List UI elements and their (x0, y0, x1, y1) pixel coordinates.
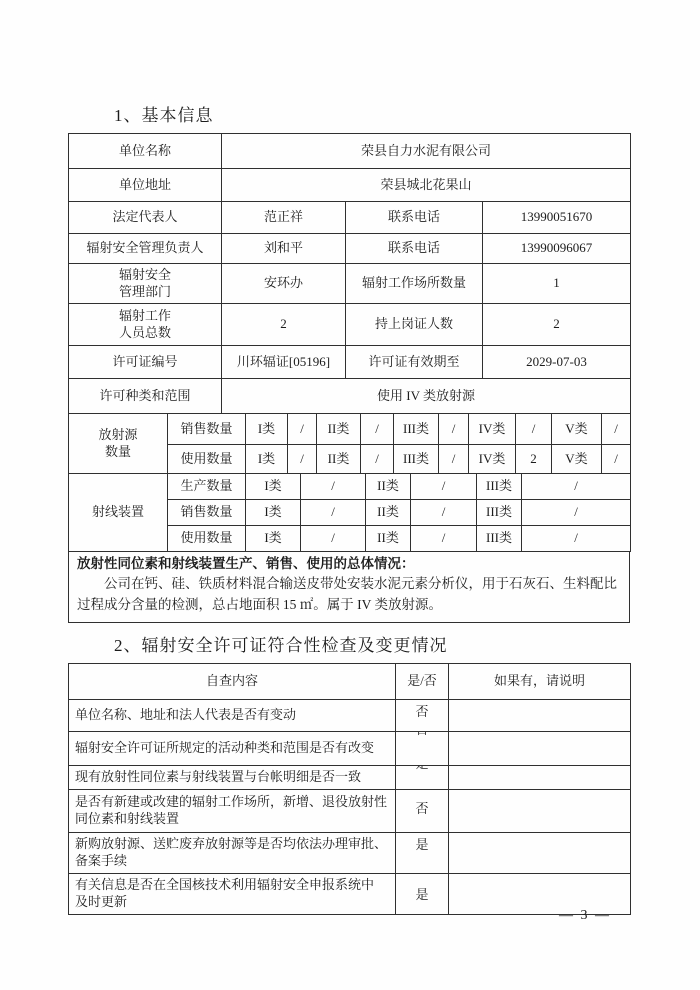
class-label: III类 (394, 414, 439, 445)
class-label: I类 (246, 526, 301, 552)
document-content: 1、基本信息 单位名称 荣县自力水泥有限公司 单位地址 荣县城北花果山 法定代表… (68, 101, 630, 915)
answer-text: 是 (415, 837, 428, 853)
class-value: / (439, 445, 469, 474)
unit-address-label: 单位地址 (69, 169, 222, 202)
safety-dept-label: 辐射安全 管理部门 (69, 264, 222, 304)
check-note (449, 765, 631, 789)
legal-rep-phone-label: 联系电话 (346, 202, 483, 234)
table-row: 是否有新建或改建的辐射工作场所，新增、退役放射性 同位素和射线装置 否 (69, 789, 631, 832)
table-row: 放射源 数量 销售数量 I类 / II类 / III类 / IV类 / V类 / (69, 414, 631, 445)
ray-device-label: 射线装置 (69, 474, 168, 552)
class-value: / (301, 474, 366, 500)
class-value: / (602, 414, 631, 445)
license-scope-value: 使用 IV 类放射源 (222, 379, 631, 414)
note-header: 如果有，请说明 (449, 663, 631, 699)
class-label: I类 (246, 474, 301, 500)
class-label: V类 (552, 445, 602, 474)
check-answer: 是 (396, 765, 449, 789)
section2-heading: 2、辐射安全许可证符合性检查及变更情况 (114, 631, 630, 656)
class-value: / (301, 500, 366, 526)
table-row: 辐射安全 管理部门 安环办 辐射工作场所数量 1 (69, 264, 631, 304)
class-label: II类 (366, 526, 411, 552)
check-note (449, 832, 631, 873)
license-expiry-value: 2029-07-03 (483, 346, 631, 379)
workplace-count-value: 1 (483, 264, 631, 304)
safety-manager-phone-value: 13990096067 (483, 234, 631, 264)
page-number: — 3 — (540, 908, 630, 924)
source-quantity-label: 放射源 数量 (69, 414, 168, 474)
class-label: III类 (477, 474, 522, 500)
check-note (449, 699, 631, 731)
check-content-header: 自查内容 (69, 663, 396, 699)
answer-text: 是 (415, 887, 428, 903)
license-no-label: 许可证编号 (69, 346, 222, 379)
answer-text: 否 (415, 704, 428, 720)
section1-heading: 1、基本信息 (114, 101, 630, 126)
unit-name-label: 单位名称 (69, 134, 222, 169)
class-label: III类 (477, 500, 522, 526)
check-question: 单位名称、地址和法人代表是否有变动 (69, 699, 396, 731)
class-value: / (288, 414, 317, 445)
class-value: / (411, 526, 477, 552)
class-value: / (361, 445, 394, 474)
class-value: / (288, 445, 317, 474)
table-row: 辐射工作 人员总数 2 持上岗证人数 2 (69, 304, 631, 346)
certified-count-label: 持上岗证人数 (346, 304, 483, 346)
legal-rep-label: 法定代表人 (69, 202, 222, 234)
safety-manager-phone-label: 联系电话 (346, 234, 483, 264)
class-label: IV类 (469, 414, 516, 445)
overall-situation-body: 公司在钙、硅、铁质材料混合输送皮带处安装水泥元素分析仪，用于石灰石、生料配比过程… (77, 574, 621, 616)
worker-total-label: 辐射工作 人员总数 (69, 304, 222, 346)
check-answer: 否 (396, 699, 449, 731)
check-answer: 否 (396, 789, 449, 832)
class-value: / (522, 474, 631, 500)
class-value: / (522, 500, 631, 526)
class-label: V类 (552, 414, 602, 445)
class-value: 2 (516, 445, 552, 474)
overall-situation-box: 放射性同位素和射线装置生产、销售、使用的总体情况： 公司在钙、硅、铁质材料混合输… (68, 551, 630, 623)
yes-no-header: 是/否 (396, 663, 449, 699)
legal-rep-phone-value: 13990051670 (483, 202, 631, 234)
class-value: / (411, 474, 477, 500)
certified-count-value: 2 (483, 304, 631, 346)
class-label: II类 (366, 474, 411, 500)
answer-text: 否 (415, 801, 428, 817)
answer-text: 是 (415, 765, 428, 772)
table-row: 新购放射源、送贮废弃放射源等是否均依法办理审批、 备案手续 是 (69, 832, 631, 873)
table-row: 法定代表人 范正祥 联系电话 13990051670 (69, 202, 631, 234)
table-row: 现有放射性同位素与射线装置与台帐明细是否一致 是 (69, 765, 631, 789)
answer-text: 否 (415, 731, 428, 738)
check-question: 新购放射源、送贮废弃放射源等是否均依法办理审批、 备案手续 (69, 832, 396, 873)
class-label: III类 (394, 445, 439, 474)
class-value: / (361, 414, 394, 445)
row-label: 销售数量 (168, 414, 246, 445)
row-label: 生产数量 (168, 474, 246, 500)
check-question: 辐射安全许可证所规定的活动种类和范围是否有改变 (69, 731, 396, 765)
check-answer: 是 (396, 832, 449, 873)
class-label: IV类 (469, 445, 516, 474)
table-row: 单位名称、地址和法人代表是否有变动 否 (69, 699, 631, 731)
worker-total-value: 2 (222, 304, 346, 346)
unit-address-value: 荣县城北花果山 (222, 169, 631, 202)
table-row: 射线装置 生产数量 I类 / II类 / III类 / (69, 474, 631, 500)
check-note (449, 789, 631, 832)
row-label: 使用数量 (168, 526, 246, 552)
class-label: I类 (246, 445, 288, 474)
check-question: 是否有新建或改建的辐射工作场所，新增、退役放射性 同位素和射线装置 (69, 789, 396, 832)
unit-name-value: 荣县自力水泥有限公司 (222, 134, 631, 169)
table-row: 许可种类和范围 使用 IV 类放射源 (69, 379, 631, 414)
safety-manager-label: 辐射安全管理负责人 (69, 234, 222, 264)
basic-info-table: 单位名称 荣县自力水泥有限公司 单位地址 荣县城北花果山 法定代表人 范正祥 联… (68, 133, 631, 414)
source-quantity-table: 放射源 数量 销售数量 I类 / II类 / III类 / IV类 / V类 /… (68, 413, 631, 474)
table-row: 许可证编号 川环辐证[05196] 许可证有效期至 2029-07-03 (69, 346, 631, 379)
class-label: I类 (246, 414, 288, 445)
class-value: / (522, 526, 631, 552)
class-label: II类 (317, 414, 361, 445)
class-label: III类 (477, 526, 522, 552)
table-header-row: 自查内容 是/否 如果有，请说明 (69, 663, 631, 699)
table-row: 辐射安全管理负责人 刘和平 联系电话 13990096067 (69, 234, 631, 264)
table-row: 辐射安全许可证所规定的活动种类和范围是否有改变 否 (69, 731, 631, 765)
check-question: 有关信息是否在全国核技术利用辐射安全申报系统中 及时更新 (69, 873, 396, 914)
self-check-table: 自查内容 是/否 如果有，请说明 单位名称、地址和法人代表是否有变动 否 辐射安… (68, 663, 631, 915)
class-label: II类 (366, 500, 411, 526)
table-row: 单位地址 荣县城北花果山 (69, 169, 631, 202)
class-value: / (411, 500, 477, 526)
class-label: I类 (246, 500, 301, 526)
safety-dept-value: 安环办 (222, 264, 346, 304)
overall-situation-title: 放射性同位素和射线装置生产、销售、使用的总体情况： (77, 555, 621, 574)
class-label: II类 (317, 445, 361, 474)
check-note (449, 731, 631, 765)
workplace-count-label: 辐射工作场所数量 (346, 264, 483, 304)
ray-device-table: 射线装置 生产数量 I类 / II类 / III类 / 销售数量 I类 / II… (68, 473, 631, 552)
legal-rep-value: 范正祥 (222, 202, 346, 234)
class-value: / (439, 414, 469, 445)
license-no-value: 川环辐证[05196] (222, 346, 346, 379)
license-expiry-label: 许可证有效期至 (346, 346, 483, 379)
license-scope-label: 许可种类和范围 (69, 379, 222, 414)
row-label: 使用数量 (168, 445, 246, 474)
safety-manager-value: 刘和平 (222, 234, 346, 264)
table-row: 单位名称 荣县自力水泥有限公司 (69, 134, 631, 169)
check-answer: 否 (396, 731, 449, 765)
class-value: / (602, 445, 631, 474)
row-label: 销售数量 (168, 500, 246, 526)
check-question: 现有放射性同位素与射线装置与台帐明细是否一致 (69, 765, 396, 789)
class-value: / (516, 414, 552, 445)
check-answer: 是 (396, 873, 449, 914)
document-page: 1、基本信息 单位名称 荣县自力水泥有限公司 单位地址 荣县城北花果山 法定代表… (0, 0, 700, 990)
class-value: / (301, 526, 366, 552)
